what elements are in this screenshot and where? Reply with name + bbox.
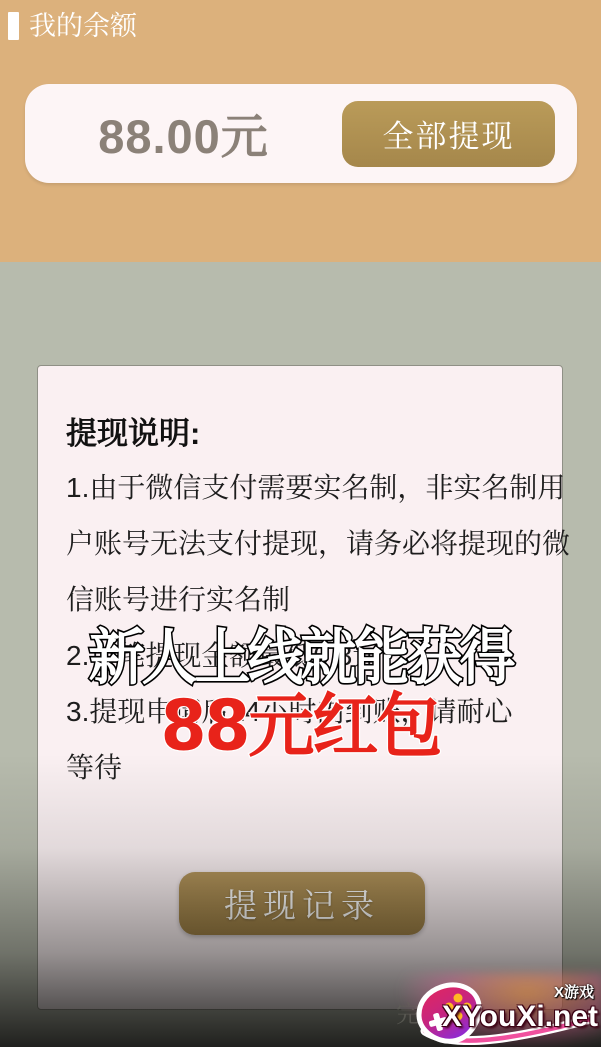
- balance-section: 我的余额 88.00元 全部提现: [0, 0, 601, 262]
- watermark-badge: X游戏: [554, 981, 594, 1002]
- instructions-heading: 提现说明:: [66, 408, 200, 453]
- watermark: X游戏 XYouXi.net: [401, 981, 601, 1047]
- promo-text-line2: 88元红包: [0, 670, 601, 770]
- balance-amount: 88.00元: [25, 100, 342, 167]
- page-title: 我的余额: [29, 12, 137, 40]
- withdraw-records-button[interactable]: 提现记录: [179, 872, 425, 935]
- title-bar-icon: [8, 12, 19, 40]
- instruction-line: 户账号无法支付提现，请务必将提现的微: [66, 516, 548, 572]
- app-screen: 我的余额 88.00元 全部提现 提现说明: 1.由于微信支付需要实名制，非实名…: [0, 0, 601, 1047]
- instruction-line: 1.由于微信支付需要实名制，非实名制用: [66, 460, 548, 516]
- balance-card: 88.00元 全部提现: [25, 84, 577, 183]
- withdraw-all-button[interactable]: 全部提现: [342, 101, 555, 167]
- watermark-site-name: XYouXi.net: [442, 1000, 598, 1034]
- header: 我的余额: [8, 12, 137, 40]
